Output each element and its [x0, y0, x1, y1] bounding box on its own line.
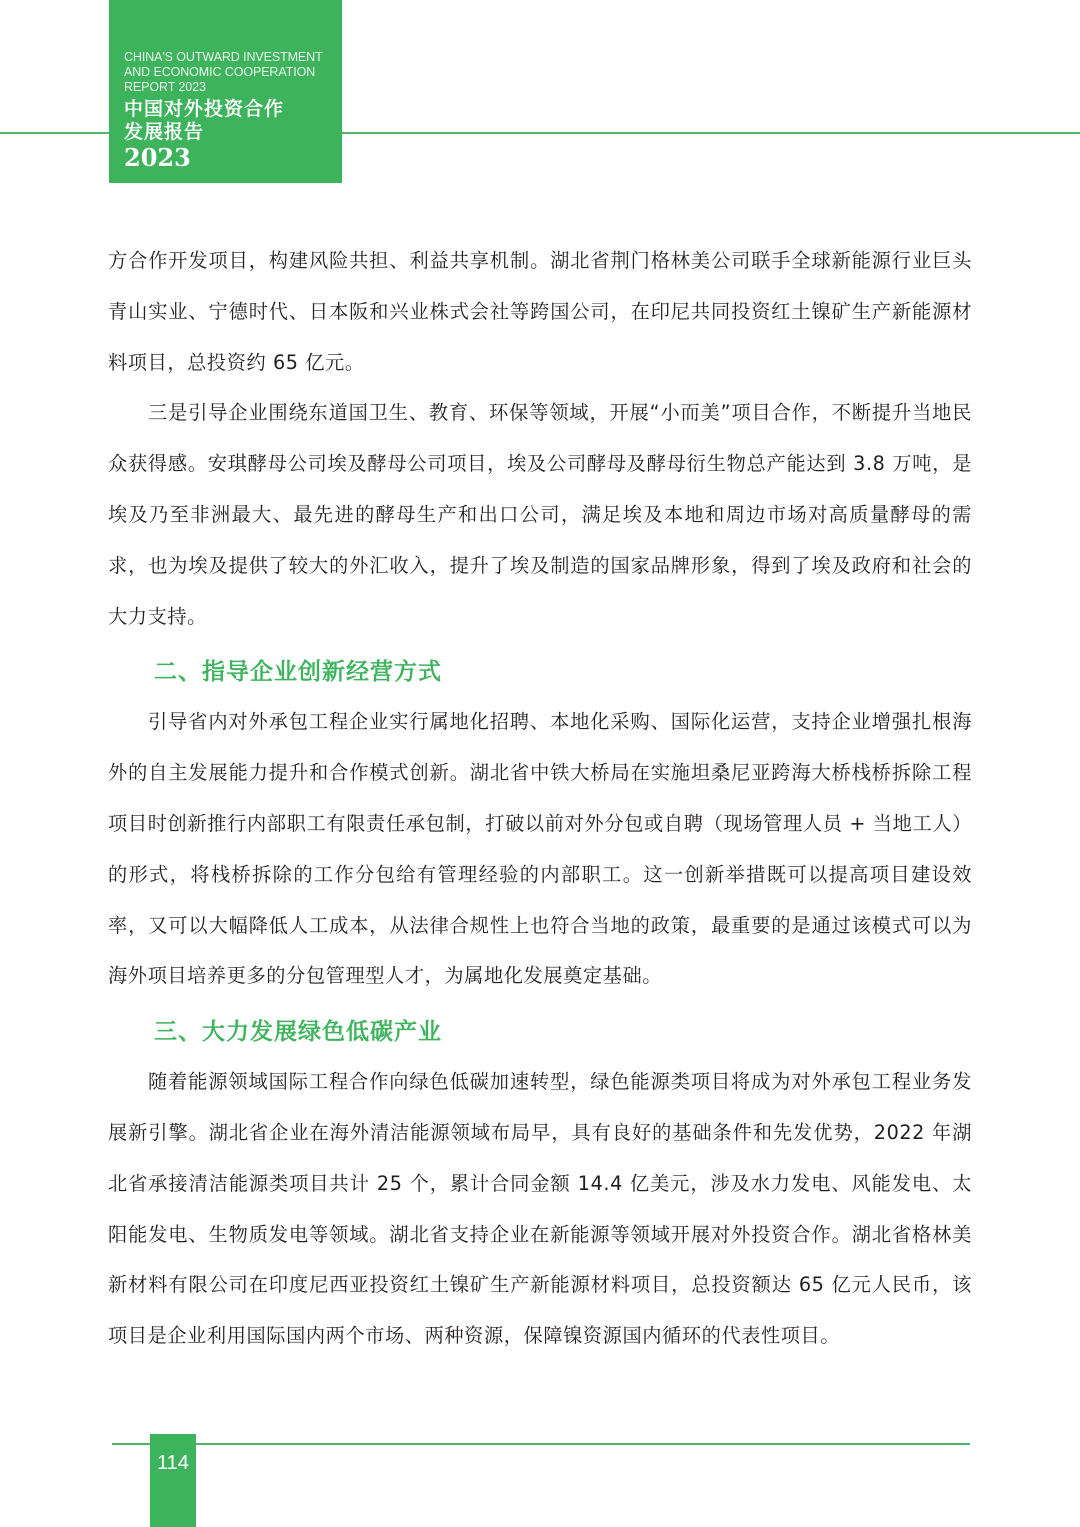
paragraph-1: 方合作开发项目，构建风险共担、利益共享机制。湖北省荆门格林美公司联手全球新能源行… [108, 236, 972, 388]
paragraph-4: 随着能源领域国际工程合作向绿色低碳加速转型，绿色能源类项目将成为对外承包工程业务… [108, 1057, 972, 1362]
paragraph-2: 三是引导企业围绕东道国卫生、教育、环保等领域，开展“小而美”项目合作，不断提升当… [108, 388, 972, 642]
paragraph-3: 引导省内对外承包工程企业实行属地化招聘、本地化采购、国际化运营，支持企业增强扎根… [108, 697, 972, 1002]
page-number: 114 [150, 1434, 196, 1527]
section-heading-2: 二、指导企业创新经营方式 [108, 647, 972, 697]
footer-rule [112, 1443, 970, 1445]
title-year: 2023 [124, 145, 342, 171]
title-en-line-1: CHINA'S OUTWARD INVESTMENT [124, 50, 342, 65]
section-heading-3: 三、大力发展绿色低碳产业 [108, 1007, 972, 1057]
title-en-line-3: REPORT 2023 [124, 80, 342, 95]
title-chinese: 中国对外投资合作 发展报告 [124, 98, 342, 144]
title-en-line-2: AND ECONOMIC COOPERATION [124, 65, 342, 80]
title-cn-line-2: 发展报告 [124, 121, 342, 144]
page-body: 方合作开发项目，构建风险共担、利益共享机制。湖北省荆门格林美公司联手全球新能源行… [108, 236, 972, 1362]
title-cn-line-1: 中国对外投资合作 [124, 98, 342, 121]
title-english: CHINA'S OUTWARD INVESTMENT AND ECONOMIC … [124, 50, 342, 95]
report-title-block: CHINA'S OUTWARD INVESTMENT AND ECONOMIC … [109, 0, 342, 183]
